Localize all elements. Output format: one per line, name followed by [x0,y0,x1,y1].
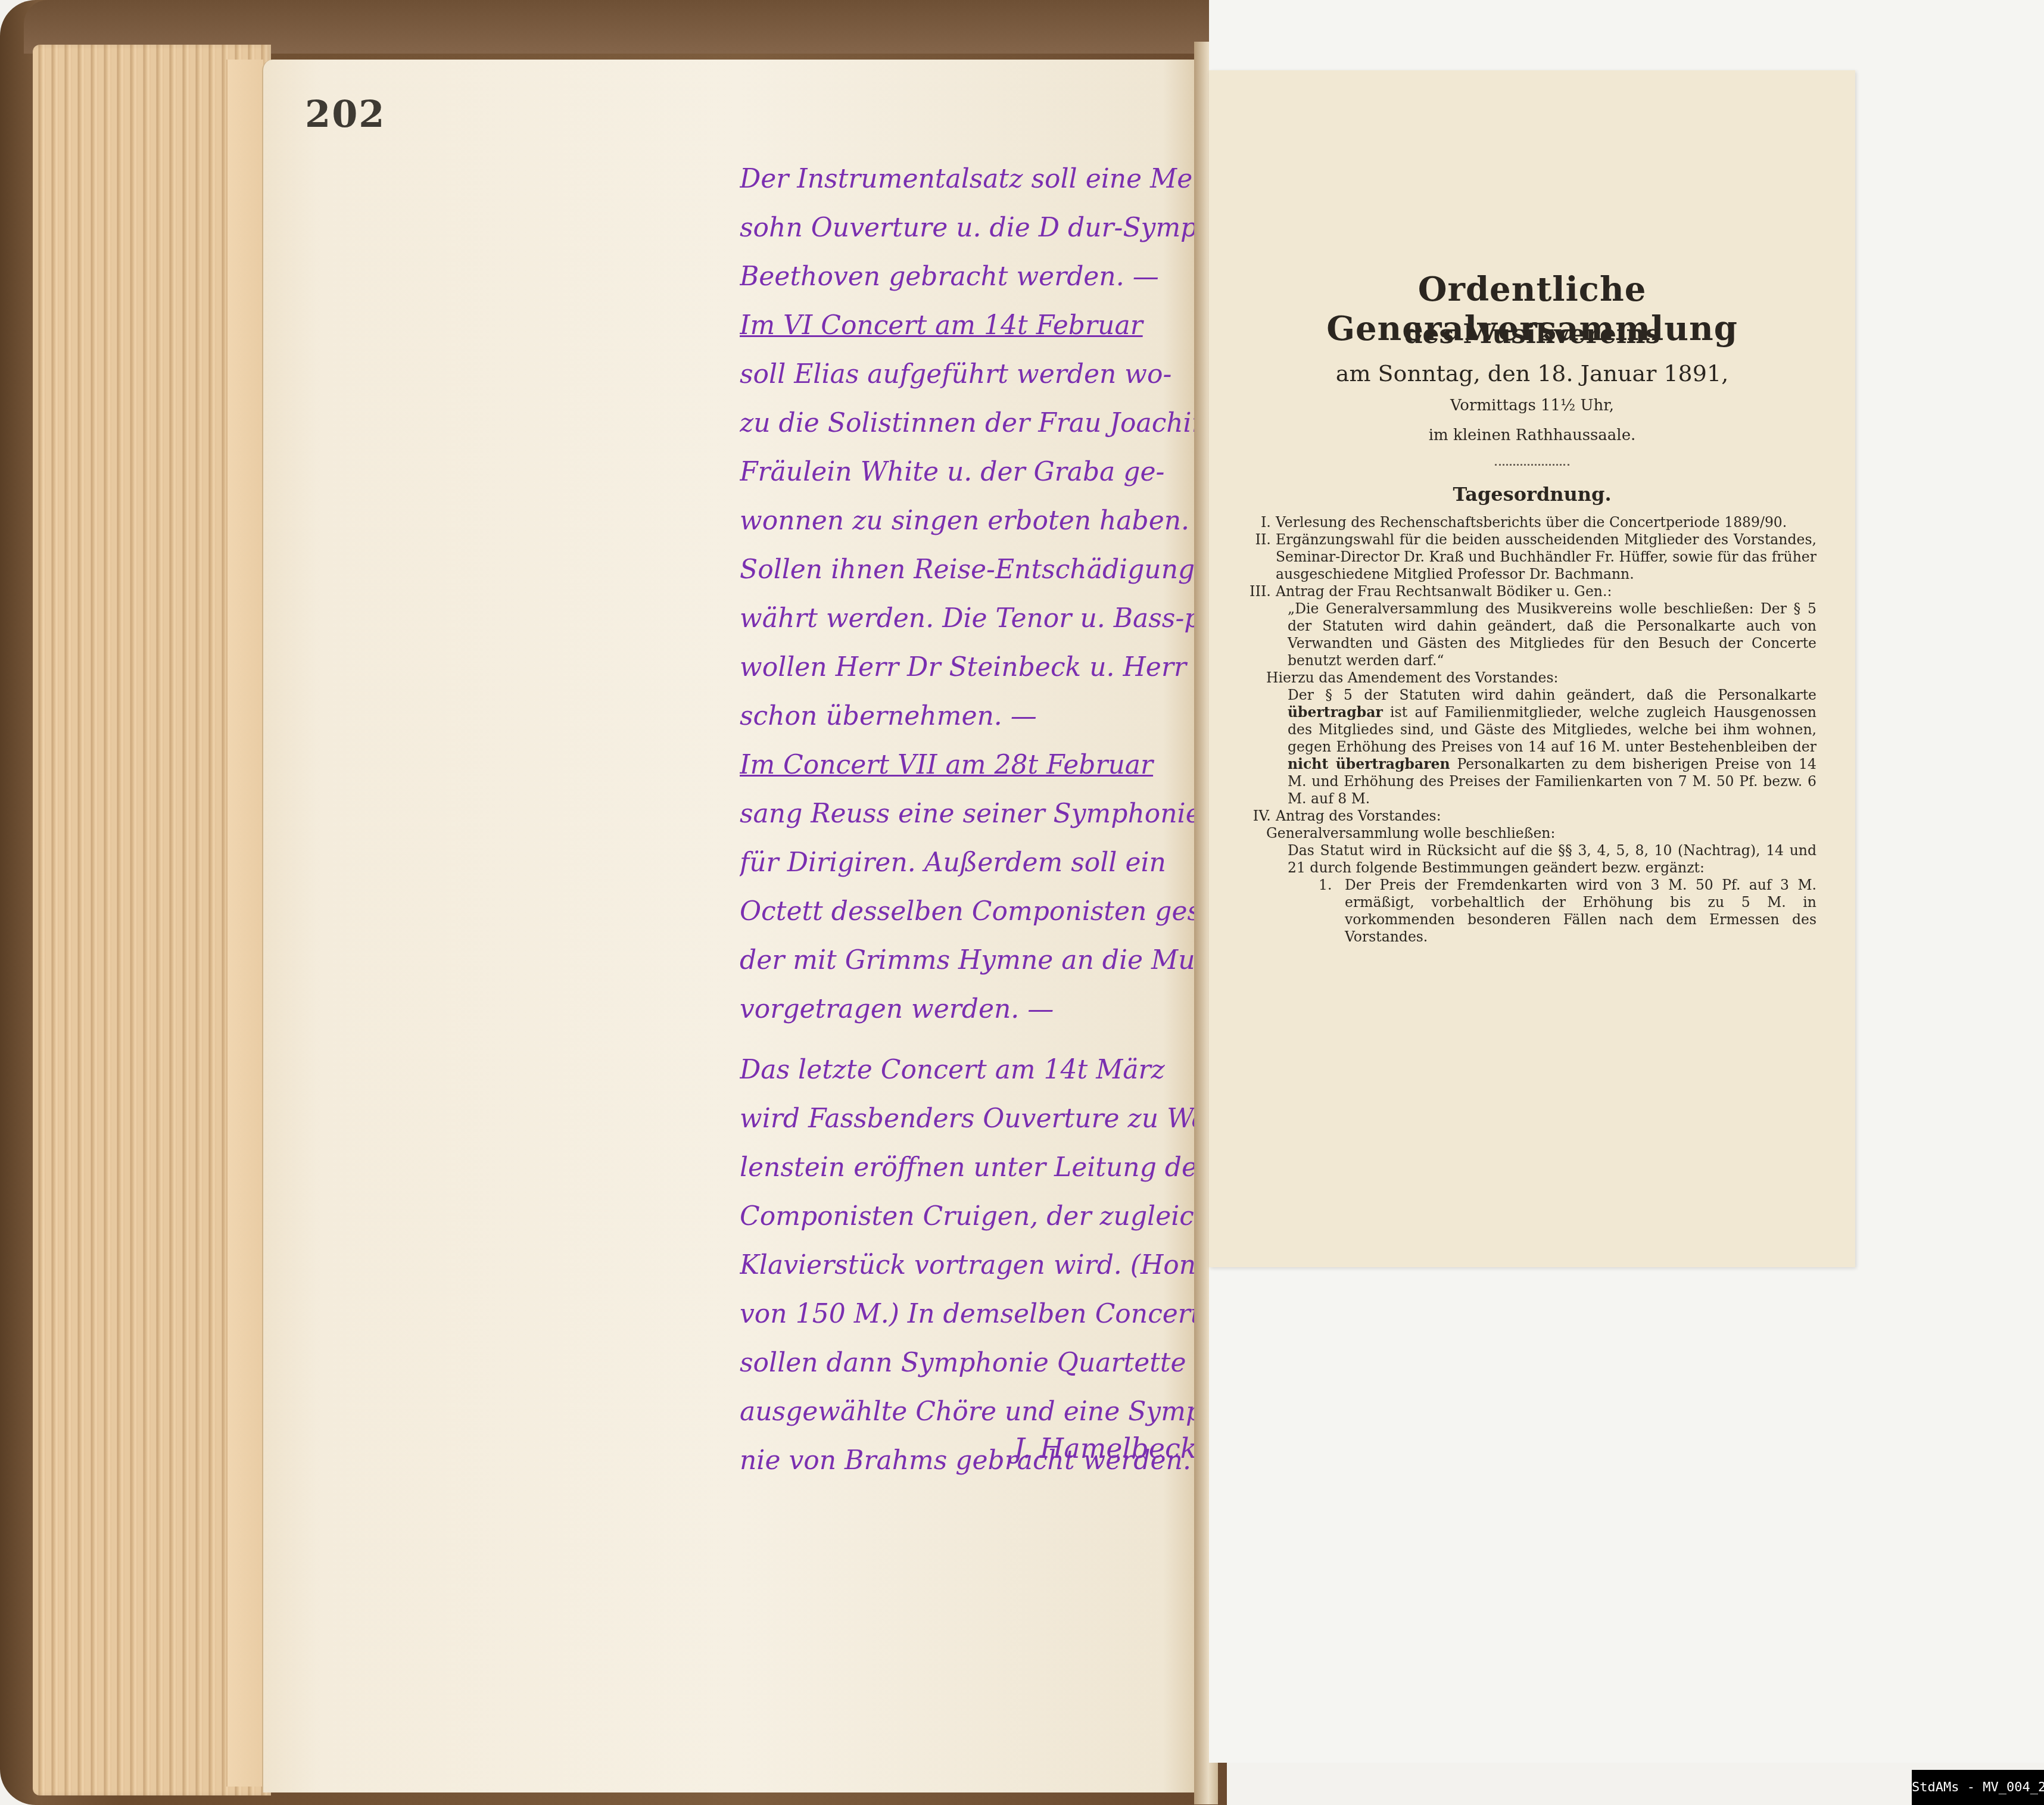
resolution-text: Das Statut wird in Rücksicht auf die §§ … [1245,842,1816,877]
subitem-number: 1. [1319,877,1332,894]
handwritten-line: wird Fassbenders Ouverture zu Wal- [740,1095,1204,1143]
printed-insert: Ordentliche Generalversammlung des Musik… [1209,70,1855,1267]
handwritten-line: schon übernehmen. — [740,692,1204,741]
handwritten-line: wollen Herr Dr Steinbeck u. Herr [740,643,1204,692]
handwritten-line: Beethoven gebracht werden. — [740,252,1204,301]
amendment-emphasis: nicht übertragbaren [1288,756,1450,772]
agenda-heading: Tagesordnung. [1209,483,1855,506]
agenda-item-number: I. [1245,514,1271,531]
handwritten-line: für Dirigiren. Außerdem soll ein [740,838,1204,887]
page-number: 202 [305,92,385,136]
handwritten-line: lenstein eröffnen unter Leitung des [740,1143,1204,1192]
handwritten-line: sollen dann Symphonie Quartette u. [740,1339,1204,1388]
insert-subtitle: des Musikvereins [1209,319,1855,350]
handwritten-line: der mit Grimms Hymne an die Musik [740,936,1204,985]
handwritten-line-heading: Im Concert VII am 28t Februar [740,741,1204,790]
handwritten-line-heading: Im VI Concert am 14t Februar [740,301,1204,350]
ledger-page: 202 Der Instrumentalsatz soll eine Mende… [262,60,1210,1792]
agenda-list: I. Verlesung des Rechenschaftsberichts ü… [1245,514,1816,946]
motion-quote: „Die Generalversammlung des Musikvereins… [1276,600,1816,669]
agenda-item-text: Antrag des Vorstandes: [1276,808,1816,825]
handwritten-line: Octett desselben Componisten gespielt [740,887,1204,936]
handwritten-line: Klavierstück vortragen wird. (Hon. [740,1241,1204,1290]
resolution-intro: Generalversammlung wolle beschließen: [1245,825,1816,842]
handwritten-line: von 150 M.) In demselben Concert [740,1290,1204,1339]
agenda-item-text: Antrag der Frau Rechtsanwalt Bödiker u. … [1276,583,1816,600]
handwritten-line: Der Instrumentalsatz soll eine Mendels- [740,155,1204,204]
page-edge-inner [226,60,263,1787]
handwritten-line: soll Elias aufgeführt werden wo- [740,350,1204,399]
agenda-item-number: II. [1245,531,1271,548]
agenda-item-number: IV. [1245,808,1271,825]
subitem-text: Der Preis der Fremdenkarten wird von 3 M… [1345,877,1816,945]
amendment-intro: Hierzu das Amendement des Vorstandes: [1245,669,1816,687]
handwritten-minutes: Der Instrumentalsatz soll eine Mendels- … [740,155,1204,1485]
handwritten-line: vorgetragen werden. — [740,985,1204,1034]
amendment-emphasis: übertragbar [1288,704,1383,721]
agenda-item: IV. Antrag des Vorstandes: [1245,808,1816,825]
agenda-item-text: Ergänzungswahl für die beiden ausscheide… [1276,531,1816,582]
amendment-text-part: Der § 5 der Statuten wird dahin geändert… [1288,687,1816,703]
amendment-text: Der § 5 der Statuten wird dahin geändert… [1245,687,1816,808]
handwritten-line: sang Reuss eine seiner Symphonien [740,790,1204,838]
agenda-item-text: Verlesung des Rechenschaftsberichts über… [1276,514,1787,531]
handwritten-line: wonnen zu singen erboten haben. [740,497,1204,545]
decorative-divider [1495,459,1569,466]
agenda-item: I. Verlesung des Rechenschaftsberichts ü… [1245,514,1816,531]
handwritten-line: währt werden. Die Tenor u. Bass-partie [740,594,1204,643]
handwritten-line: Sollen ihnen Reise-Entschädigung ge- [740,545,1204,594]
handwritten-line: Fräulein White u. der Graba ge- [740,448,1204,497]
agenda-item-number: III. [1245,583,1271,600]
meeting-place: im kleinen Rathhaussaale. [1209,426,1855,444]
meeting-time: Vormittags 11½ Uhr, [1209,397,1855,414]
handwritten-line: Das letzte Concert am 14t März [740,1046,1204,1095]
handwritten-line: zu die Solistinnen der Frau Joachim [740,399,1204,448]
handwritten-line: ausgewählte Chöre und eine Sympho- [740,1388,1204,1436]
meeting-date: am Sonntag, den 18. Januar 1891, [1209,360,1855,386]
signature: J. Hamelbeck. [1014,1432,1205,1464]
resolution-subitem: 1. Der Preis der Fremdenkarten wird von … [1245,877,1816,946]
archive-label: StdAMs - MV_004_272 [1912,1770,2044,1805]
handwritten-line: sohn Ouverture u. die D dur-Symphonie [740,204,1204,252]
handwritten-line: Componisten Cruigen, der zugleich ein [740,1192,1204,1241]
agenda-item: II. Ergänzungswahl für die beiden aussch… [1245,531,1816,583]
agenda-item: III. Antrag der Frau Rechtsanwalt Bödike… [1245,583,1816,669]
